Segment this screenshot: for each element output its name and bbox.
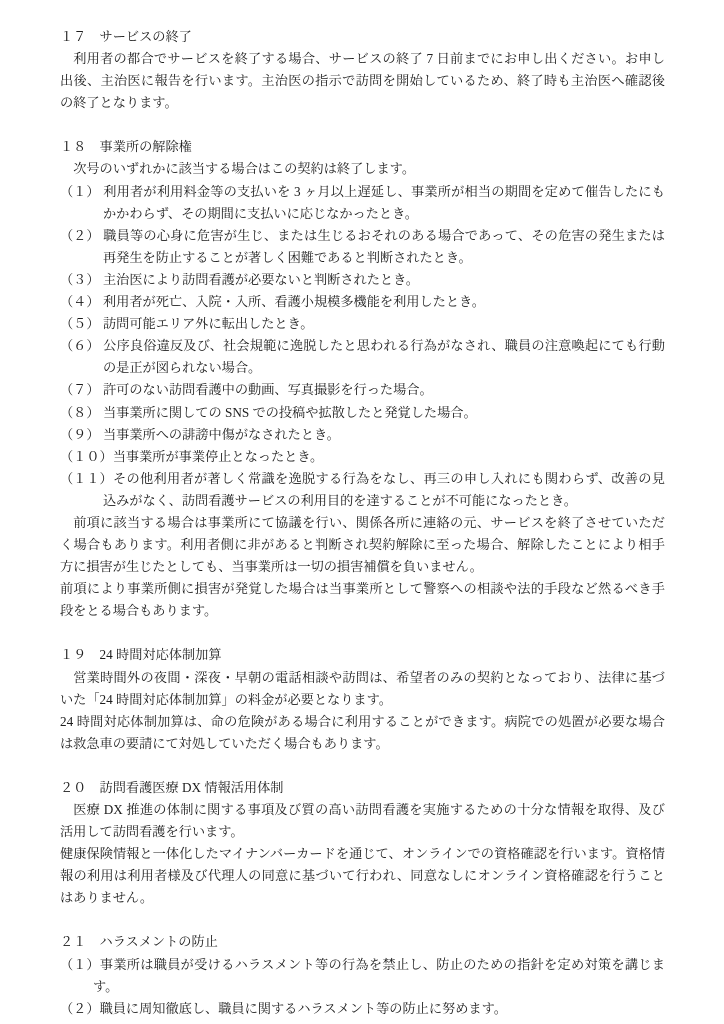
list-item-11: （１１）その他利用者が著しく常識を逸脱する行為をなし、再三の申し入れにも関わらず… — [60, 468, 665, 512]
section-19-24h-support-addition: １９ 24 時間対応体制加算 営業時間外の夜間・深夜・早朝の電話相談や訪問は、希… — [60, 644, 665, 754]
section-20-heading: ２０ 訪問看護医療 DX 情報活用体制 — [60, 777, 665, 799]
item-marker: （１） — [60, 954, 100, 976]
section-19-paragraph-2: 24 時間対応体制加算は、命の危険がある場合に利用することができます。病院での処… — [60, 711, 665, 755]
list-item-8: （８）当事業所に関しての SNS での投稿や拡散したと発覚した場合。 — [60, 402, 665, 424]
item-text: 職員等の心身に危害が生じ、または生じるおそれのある場合であって、その危害の発生ま… — [103, 228, 665, 265]
item-text: 利用者が利用料金等の支払いを 3 ヶ月以上遅延し、事業所が相当の期間を定めて催告… — [103, 184, 665, 221]
contract-document-page: １７ サービスの終了 利用者の都合でサービスを終了する場合、サービスの終了 7 … — [0, 0, 724, 1024]
list-item-7: （７）許可のない訪問看護中の動画、写真撮影を行った場合。 — [60, 379, 665, 401]
list-item-5: （５）訪問可能エリア外に転出したとき。 — [60, 313, 665, 335]
item-marker: （９） — [60, 424, 103, 446]
list-item-6: （６）公序良俗違反及び、社会規範に逸脱したと思われる行為がなされ、職員の注意喚起… — [60, 335, 665, 379]
item-marker: （２） — [60, 225, 103, 247]
item-text: 主治医により訪問看護が必要ないと判断されたとき。 — [103, 272, 419, 287]
section-17-heading: １７ サービスの終了 — [60, 26, 665, 48]
section-18-intro-paragraph: 次号のいずれかに該当する場合はこの契約は終了します。 — [60, 158, 665, 180]
list-item-2: （２）職員等の心身に危害が生じ、または生じるおそれのある場合であって、その危害の… — [60, 225, 665, 269]
list-item-3: （３）主治医により訪問看護が必要ないと判断されたとき。 — [60, 269, 665, 291]
item-marker: （７） — [60, 379, 103, 401]
list-item-1: （１）利用者が利用料金等の支払いを 3 ヶ月以上遅延し、事業所が相当の期間を定め… — [60, 181, 665, 225]
item-marker: （８） — [60, 402, 103, 424]
item-text: 公序良俗違反及び、社会規範に逸脱したと思われる行為がなされ、職員の注意喚起にても… — [103, 338, 665, 375]
item-marker: （４） — [60, 291, 103, 313]
item-marker: （３） — [60, 269, 103, 291]
item-text: 訪問可能エリア外に転出したとき。 — [103, 316, 313, 331]
section-18-heading: １８ 事業所の解除権 — [60, 136, 665, 158]
item-text: 職員に周知徹底し、職員に関するハラスメント等の防止に努めます。 — [100, 1001, 507, 1016]
section-20-paragraph-1: 医療 DX 推進の体制に関する事項及び質の高い訪問看護を実施するための十分な情報… — [60, 799, 665, 843]
item-text: 当事業所に関しての SNS での投稿や拡散したと発覚した場合。 — [103, 405, 477, 420]
section-20-medical-dx-info-system: ２０ 訪問看護医療 DX 情報活用体制 医療 DX 推進の体制に関する事項及び質… — [60, 777, 665, 910]
section-19-paragraph-1: 営業時間外の夜間・深夜・早朝の電話相談や訪問は、希望者のみの契約となっており、法… — [60, 667, 665, 711]
item-text: 利用者が死亡、入院・入所、看護小規模多機能を利用したとき。 — [103, 294, 485, 309]
section-21-harassment-prevention: ２１ ハラスメントの防止 （１）事業所は職員が受けるハラスメント等の行為を禁止し… — [60, 931, 665, 1019]
section-18-closing-paragraph-1: 前項に該当する場合は事業所にて協議を行い、関係各所に連絡の元、サービスを終了させ… — [60, 512, 665, 578]
list-item-2: （２）職員に周知徹底し、職員に関するハラスメント等の防止に努めます。 — [60, 998, 665, 1020]
list-item-1: （１）事業所は職員が受けるハラスメント等の行為を禁止し、防止のための指針を定め対… — [60, 954, 665, 998]
list-item-9: （９）当事業所への誹謗中傷がなされたとき。 — [60, 424, 665, 446]
item-marker: （２） — [60, 998, 100, 1020]
section-17-service-termination: １７ サービスの終了 利用者の都合でサービスを終了する場合、サービスの終了 7 … — [60, 26, 665, 114]
item-marker: （１１） — [60, 468, 113, 490]
list-item-10: （１０）当事業所が事業停止となったとき。 — [60, 446, 665, 468]
item-text: 事業所は職員が受けるハラスメント等の行為を禁止し、防止のための指針を定め対策を講… — [93, 957, 665, 994]
item-text: 当事業所への誹謗中傷がなされたとき。 — [103, 427, 340, 442]
item-text: 当事業所が事業停止となったとき。 — [113, 449, 323, 464]
section-18-closing-paragraph-2: 前項により事業所側に損害が発覚した場合は当事業所として警察への相談や法的手段など… — [60, 578, 665, 622]
section-21-heading: ２１ ハラスメントの防止 — [60, 931, 665, 953]
item-text: その他利用者が著しく常識を逸脱する行為をなし、再三の申し入れにも関わらず、改善の… — [103, 471, 665, 508]
item-marker: （５） — [60, 313, 103, 335]
section-18-office-cancellation-right: １８ 事業所の解除権 次号のいずれかに該当する場合はこの契約は終了します。 （１… — [60, 136, 665, 622]
section-20-paragraph-2: 健康保険情報と一体化したマイナンバーカードを通じて、オンラインでの資格確認を行い… — [60, 843, 665, 909]
section-17-paragraph: 利用者の都合でサービスを終了する場合、サービスの終了 7 日前までにお申し出くだ… — [60, 48, 665, 114]
item-marker: （１） — [60, 181, 103, 203]
item-marker: （１０） — [60, 446, 113, 468]
section-19-heading: １９ 24 時間対応体制加算 — [60, 644, 665, 666]
item-text: 許可のない訪問看護中の動画、写真撮影を行った場合。 — [103, 382, 433, 397]
item-marker: （６） — [60, 335, 103, 357]
list-item-4: （４）利用者が死亡、入院・入所、看護小規模多機能を利用したとき。 — [60, 291, 665, 313]
